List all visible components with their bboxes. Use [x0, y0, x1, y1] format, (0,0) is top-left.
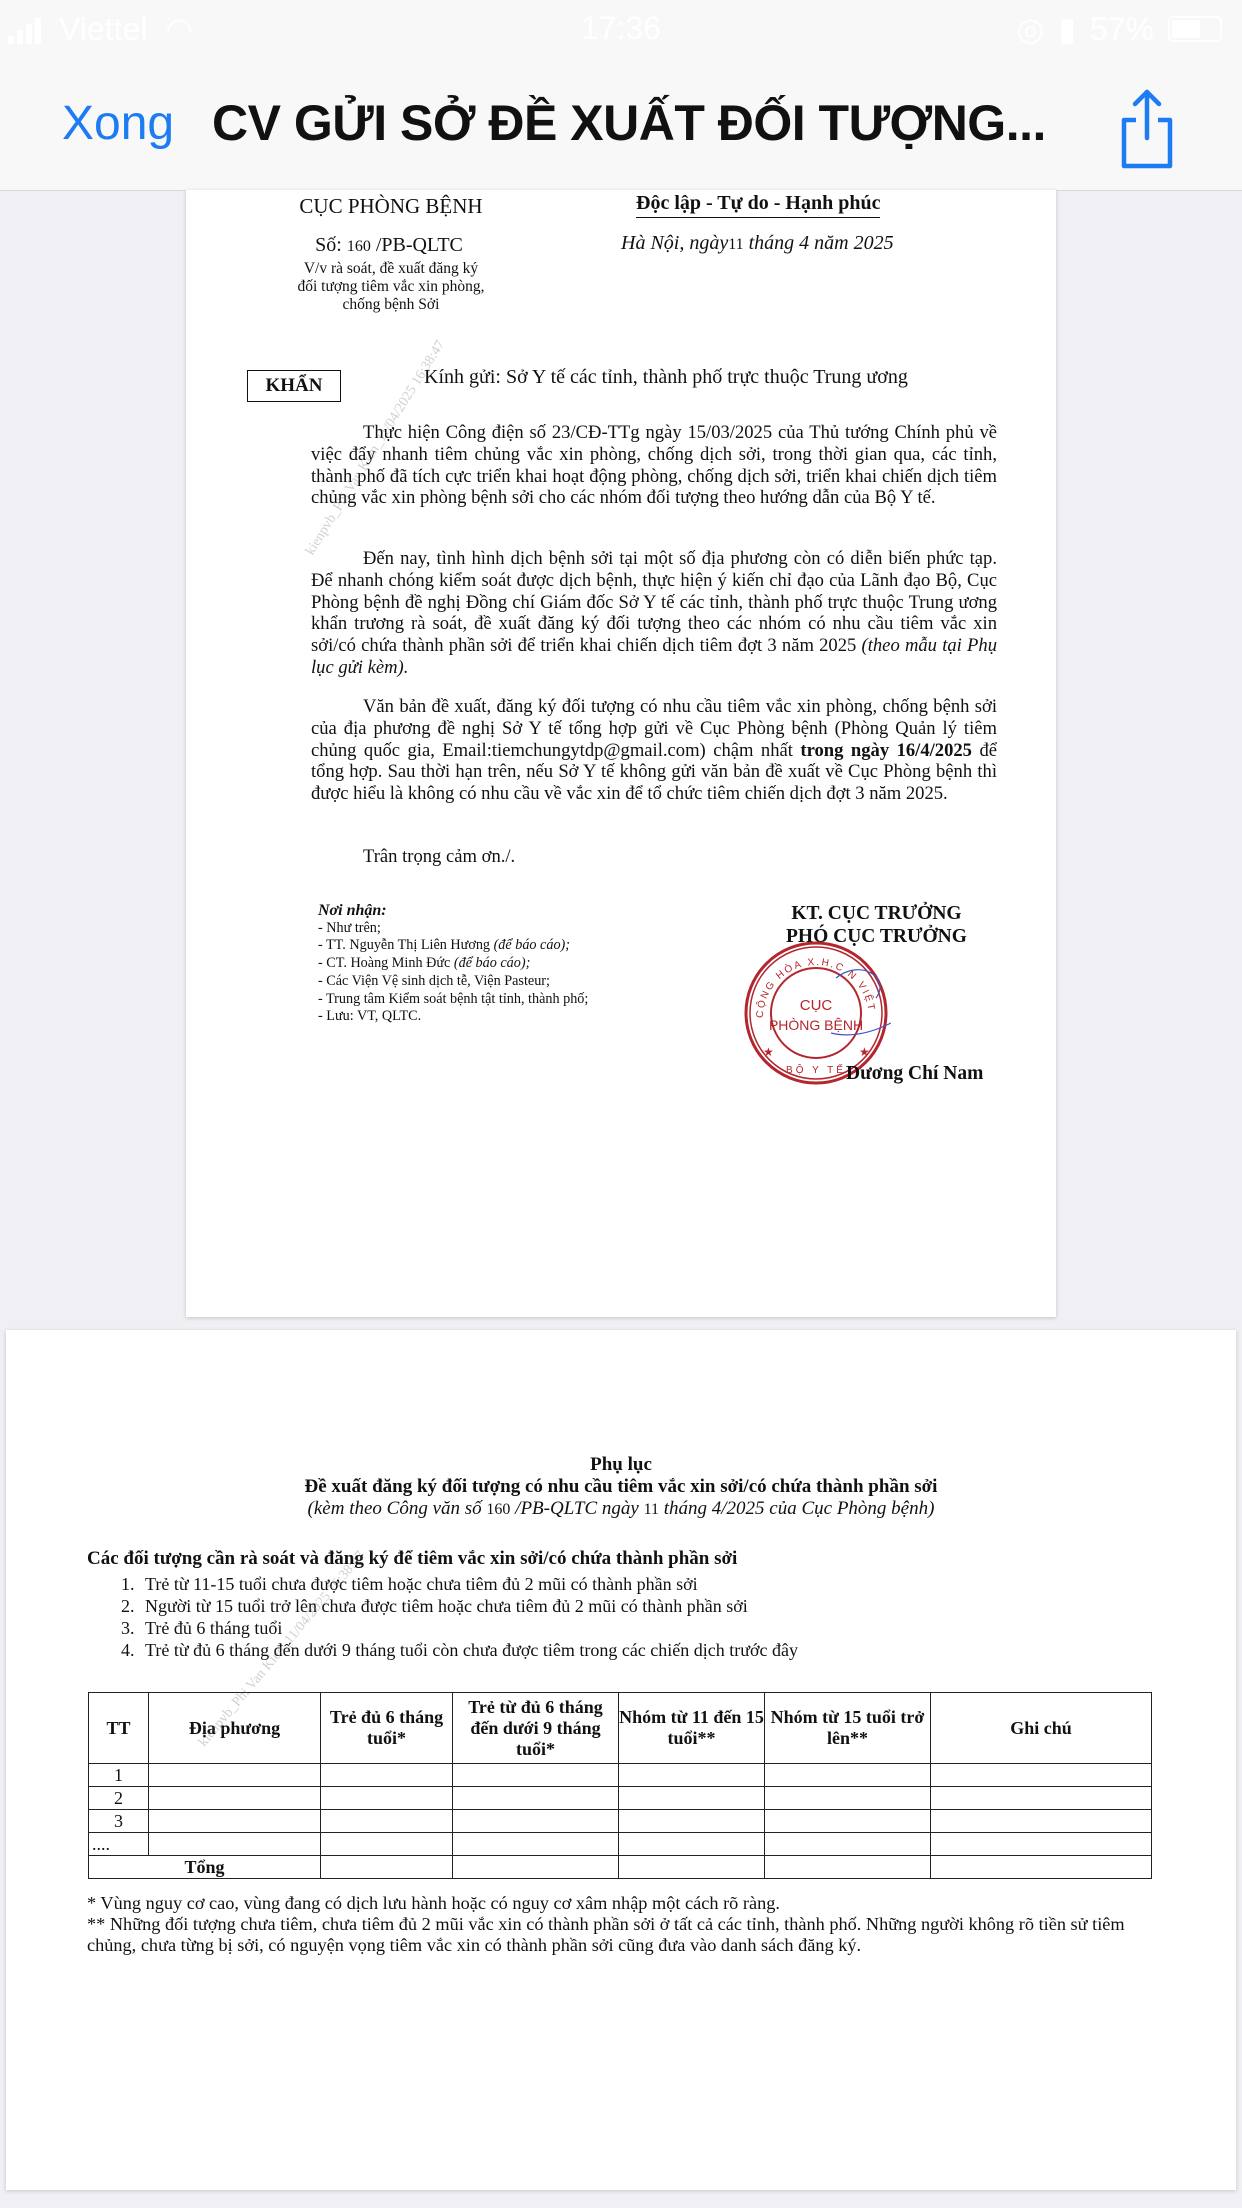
table-cell: [931, 1810, 1152, 1833]
table-header-row: TT Địa phương Trẻ đủ 6 tháng tuổi* Trẻ t…: [89, 1693, 1152, 1764]
table-cell: [931, 1856, 1152, 1879]
status-right: ◎ ▮ 57%: [1016, 10, 1222, 48]
list-item: 2.Người từ 15 tuổi trở lên chưa được tiê…: [121, 1595, 798, 1617]
table-total-row: Tổng: [89, 1856, 1152, 1879]
table-cell: [619, 1856, 765, 1879]
note-2: ** Những đối tượng chưa tiêm, chưa tiêm …: [87, 1914, 1167, 1956]
paragraph-3: Văn bản đề xuất, đăng ký đối tượng có nh…: [311, 696, 997, 805]
recipient-item: - Lưu: VT, QLTC.: [318, 1008, 588, 1026]
table-row: 1: [89, 1764, 1152, 1787]
table-cell: [321, 1833, 453, 1856]
recipient-item: - CT. Hoàng Minh Đức (để báo cáo);: [318, 955, 588, 973]
place-date: Hà Nội, ngày11 tháng 4 năm 2025: [621, 232, 894, 255]
table-cell: [453, 1833, 619, 1856]
svg-text:BỘ Y TẾ: BỘ Y TẾ: [786, 1063, 846, 1076]
svg-text:PHÒNG BỆNH: PHÒNG BỆNH: [769, 1017, 863, 1033]
closing-thanks: Trân trọng cảm ơn./.: [363, 846, 515, 868]
table-cell: [149, 1833, 321, 1856]
table-cell: [453, 1787, 619, 1810]
table-cell: [765, 1810, 931, 1833]
appendix-title: Phụ lục: [6, 1454, 1236, 1476]
recipient-item: - Như trên;: [318, 920, 588, 938]
col-notes: Ghi chú: [931, 1693, 1152, 1764]
table-cell: [765, 1787, 931, 1810]
recipients-heading: Nơi nhận:: [318, 902, 588, 920]
status-bar: Viettel ◠ 17:36 ◎ ▮ 57%: [0, 0, 1242, 60]
col-15-plus: Nhóm từ 15 tuổi trở lên**: [765, 1693, 931, 1764]
table-cell: [765, 1764, 931, 1787]
paragraph-2: Đến nay, tình hình dịch bệnh sởi tại một…: [311, 548, 997, 679]
table-cell: [321, 1764, 453, 1787]
table-cell: [931, 1764, 1152, 1787]
recipient-item: - TT. Nguyễn Thị Liên Hương (để báo cáo)…: [318, 937, 588, 955]
document-number: Số: 160 /PB-QLTC: [264, 234, 514, 257]
table-cell: [149, 1810, 321, 1833]
table-cell: 3: [89, 1810, 149, 1833]
table-cell: [149, 1787, 321, 1810]
nav-bar: Xong CV GỬI SỞ ĐỀ XUẤT ĐỐI TƯỢNG...: [0, 60, 1242, 191]
orientation-lock-icon: ◎: [1016, 10, 1044, 48]
document-page-1[interactable]: CỤC PHÒNG BỆNH Độc lập - Tự do - Hạnh ph…: [186, 190, 1056, 1317]
target-groups-list: 1.Trẻ từ 11-15 tuổi chưa được tiêm hoặc …: [121, 1573, 798, 1661]
table-cell: [321, 1787, 453, 1810]
addressee: Kính gửi: Sở Y tế các tỉnh, thành phố tr…: [424, 366, 908, 389]
battery-icon: [1168, 16, 1222, 42]
total-label: Tổng: [89, 1856, 321, 1879]
svg-text:CỤC: CỤC: [800, 997, 833, 1014]
registration-table: TT Địa phương Trẻ đủ 6 tháng tuổi* Trẻ t…: [88, 1692, 1152, 1879]
table-notes: * Vùng nguy cơ cao, vùng đang có dịch lư…: [87, 1893, 1167, 1956]
table-cell: [765, 1856, 931, 1879]
list-item: 4.Trẻ từ đủ 6 tháng đến dưới 9 tháng tuổ…: [121, 1639, 798, 1661]
table-cell: [931, 1787, 1152, 1810]
table-cell: [453, 1764, 619, 1787]
col-6-9-months: Trẻ từ đủ 6 tháng đến dưới 9 tháng tuổi*: [453, 1693, 619, 1764]
signer-name: Dương Chí Nam: [846, 1063, 983, 1085]
recipient-item: - Trung tâm Kiểm soát bệnh tật tỉnh, thà…: [318, 991, 588, 1009]
appendix-subtitle: Đề xuất đăng ký đối tượng có nhu cầu tiê…: [6, 1476, 1236, 1498]
table-cell: [149, 1764, 321, 1787]
col-6-months: Trẻ đủ 6 tháng tuổi*: [321, 1693, 453, 1764]
table-cell: [453, 1856, 619, 1879]
svg-text:★: ★: [763, 1045, 774, 1059]
share-button[interactable]: [1116, 88, 1178, 170]
col-tt: TT: [89, 1693, 149, 1764]
battery-percent: 57%: [1090, 11, 1154, 48]
table-cell: [619, 1764, 765, 1787]
table-cell: [931, 1833, 1152, 1856]
note-1: * Vùng nguy cơ cao, vùng đang có dịch lư…: [87, 1893, 1167, 1914]
table-row: 2: [89, 1787, 1152, 1810]
document-page-2[interactable]: Phụ lục Đề xuất đăng ký đối tượng có nhu…: [6, 1330, 1236, 2190]
document-subject: V/v rà soát, đề xuất đăng ký đối tượng t…: [256, 260, 526, 314]
table-cell: [321, 1856, 453, 1879]
appendix-reference: (kèm theo Công văn số 160 /PB-QLTC ngày …: [6, 1498, 1236, 1520]
list-item: 3.Trẻ đủ 6 tháng tuổi: [121, 1617, 798, 1639]
issuing-org: CỤC PHÒNG BỆNH: [296, 194, 486, 219]
recipient-item: - Các Viện Vệ sinh dịch tễ, Viện Pasteur…: [318, 973, 588, 991]
table-cell: ....: [89, 1833, 149, 1856]
table-cell: [765, 1833, 931, 1856]
recipients-list: Nơi nhận: - Như trên; - TT. Nguyễn Thị L…: [318, 902, 588, 1026]
target-groups-heading: Các đối tượng cần rà soát và đăng ký để …: [87, 1548, 737, 1570]
table-cell: [453, 1810, 619, 1833]
national-motto: Độc lập - Tự do - Hạnh phúc: [636, 192, 880, 218]
table-row: 3: [89, 1810, 1152, 1833]
col-11-15-years: Nhóm từ 11 đến 15 tuổi**: [619, 1693, 765, 1764]
share-icon: [1116, 88, 1178, 170]
table-cell: [619, 1833, 765, 1856]
table-cell: [321, 1810, 453, 1833]
table-cell: 1: [89, 1764, 149, 1787]
table-cell: [619, 1787, 765, 1810]
alarm-icon: ▮: [1058, 10, 1076, 48]
document-title: CV GỬI SỞ ĐỀ XUẤT ĐỐI TƯỢNG...: [212, 94, 1046, 152]
paragraph-1: Thực hiện Công điện số 23/CĐ-TTg ngày 15…: [311, 422, 997, 509]
table-row: ....: [89, 1833, 1152, 1856]
done-button[interactable]: Xong: [62, 96, 174, 151]
urgent-label: KHẨN: [247, 370, 341, 402]
col-locality: Địa phương: [149, 1693, 321, 1764]
list-item: 1.Trẻ từ 11-15 tuổi chưa được tiêm hoặc …: [121, 1573, 798, 1595]
table-cell: 2: [89, 1787, 149, 1810]
table-cell: [619, 1810, 765, 1833]
svg-text:★: ★: [859, 1045, 870, 1059]
